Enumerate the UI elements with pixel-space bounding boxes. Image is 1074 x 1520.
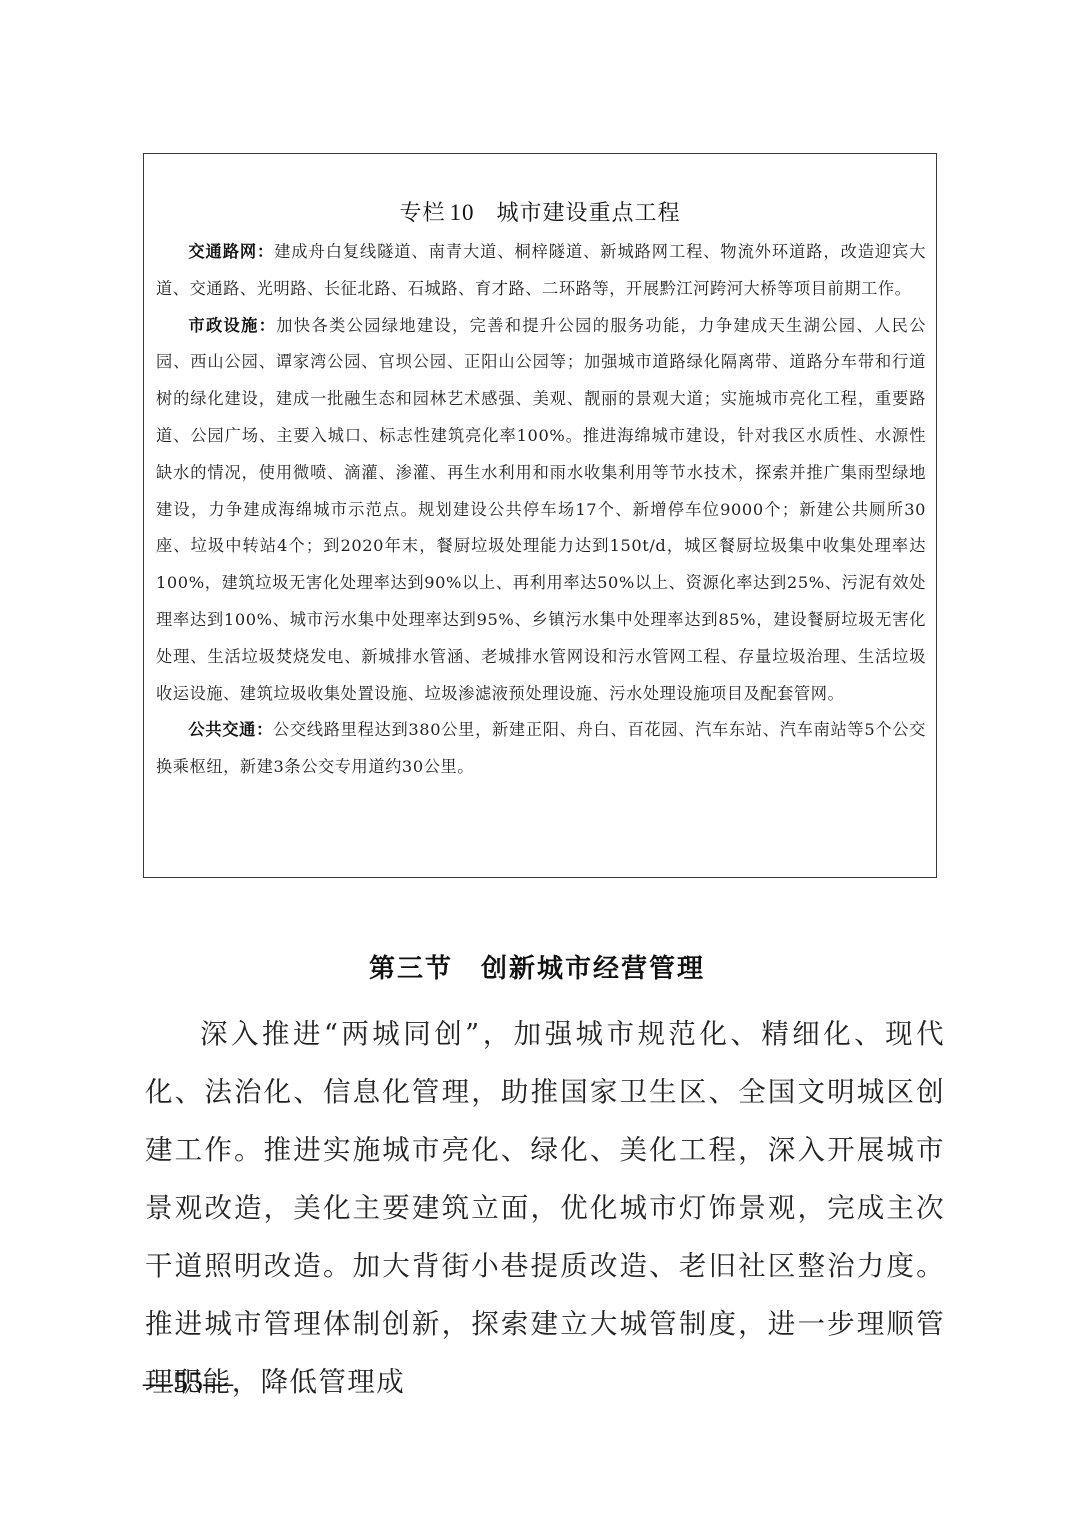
paragraph-text: 加快各类公园绿地建设，完善和提升公园的服务功能，力争建成天生湖公园、人民公园、西… <box>156 316 926 703</box>
column-paragraph-public-transit: 公共交通：公交线路里程达到380公里，新建正阳、舟白、百花园、汽车东站、汽车南站… <box>156 712 926 786</box>
body-paragraph: 深入推进“两城同创”，加强城市规范化、精细化、现代化、法治化、信息化管理，助推国… <box>145 1005 945 1411</box>
column-box-title-number: 10 <box>450 200 475 225</box>
column-box-body: 交通路网：建成舟白复线隧道、南青大道、桐梓隧道、新城路网工程、物流外环道路，改造… <box>156 234 926 786</box>
body-text: 深入推进“两城同创”，加强城市规范化、精细化、现代化、法治化、信息化管理，助推国… <box>145 1005 945 1411</box>
paragraph-lead: 市政设施： <box>188 316 276 335</box>
column-paragraph-municipal-facilities: 市政设施：加快各类公园绿地建设，完善和提升公园的服务功能，力争建成天生湖公园、人… <box>156 308 926 713</box>
column-paragraph-traffic-network: 交通路网：建成舟白复线隧道、南青大道、桐梓隧道、新城路网工程、物流外环道路，改造… <box>156 234 926 308</box>
section-title: 创新城市经营管理 <box>481 954 705 984</box>
column-box-title-prefix: 专栏 <box>399 201 445 226</box>
page-number: —55— <box>143 1366 233 1400</box>
column-box-title: 专栏10城市建设重点工程 <box>144 196 936 227</box>
paragraph-lead: 交通路网： <box>188 242 274 261</box>
column-box-title-text: 城市建设重点工程 <box>497 201 681 226</box>
section-heading: 第三节创新城市经营管理 <box>0 948 1074 985</box>
section-number: 第三节 <box>369 954 453 984</box>
paragraph-lead: 公共交通： <box>188 720 273 739</box>
column-box: 专栏10城市建设重点工程 交通路网：建成舟白复线隧道、南青大道、桐梓隧道、新城路… <box>143 153 937 878</box>
